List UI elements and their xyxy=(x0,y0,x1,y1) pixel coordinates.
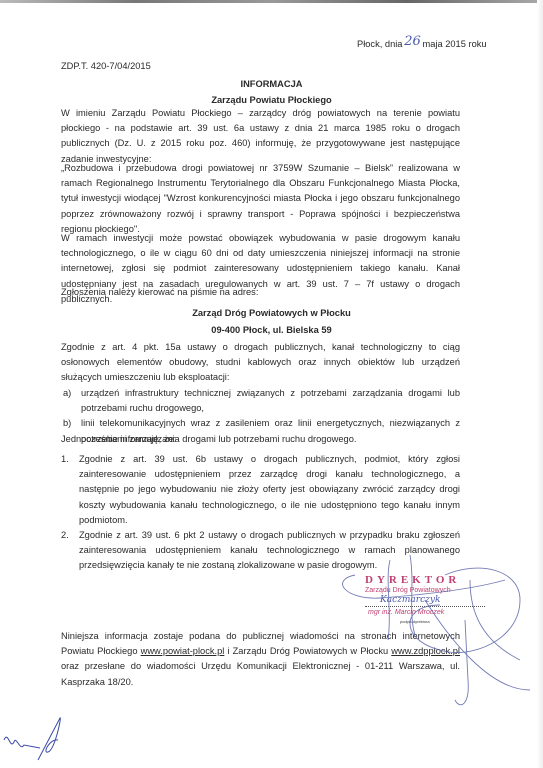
stamp-title: DYREKTOR xyxy=(365,574,460,586)
date-prefix: Płock, dnia xyxy=(357,39,402,49)
stamp-subtitle: Zarządu Dróg Powiatowych xyxy=(365,587,451,594)
document-date: Płock, dnia26maja 2015 roku xyxy=(357,36,487,51)
list-text: Zgodnie z art. 39 ust. 6b ustawy o droga… xyxy=(79,452,460,528)
zdpplock-link[interactable]: www.zdpplock.pl xyxy=(391,646,460,656)
also-inform-paragraph: Jednocześnie informuję, że: xyxy=(61,432,460,447)
address-name: Zarząd Dróg Powiatowych w Płocku xyxy=(0,305,543,322)
investment-paragraph: „Rozbudowa i przebudowa drogi powiatowej… xyxy=(61,161,460,237)
closing-paragraph: Niniejsza informacja zostaje podana do p… xyxy=(61,629,460,690)
address-street: 09-400 Płock, ul. Bielska 59 xyxy=(0,322,543,339)
document-title: INFORMACJA xyxy=(0,79,543,89)
investment-text: „Rozbudowa i przebudowa drogi powiatowej… xyxy=(61,161,460,237)
closing-text-part: i Zarządu Dróg Powiatowych w Płocku xyxy=(224,646,391,656)
reference-number: ZDP.T. 420-7/04/2015 xyxy=(61,61,151,71)
list-marker: a) xyxy=(61,386,81,416)
handwritten-day: 26 xyxy=(402,34,422,49)
scan-right-edge xyxy=(537,0,543,768)
list-marker: 1. xyxy=(61,452,79,528)
list-marker: 2. xyxy=(61,528,79,574)
handwritten-signature: Kaczmarczyk xyxy=(380,595,440,605)
also-inform-text: Jednocześnie informuję, że: xyxy=(61,432,460,447)
powiat-plock-link[interactable]: www.powiat-plock.pl xyxy=(141,646,225,656)
closing-text-part: oraz przesłane do wiadomości Urzędu Komu… xyxy=(61,661,460,686)
signature-line xyxy=(365,606,485,607)
submissions-paragraph: Zgłoszenia należy kierować na piśmie na … xyxy=(61,285,460,300)
director-stamp: DYREKTOR Zarządu Dróg Powiatowych Kaczma… xyxy=(340,562,520,632)
definition-paragraph: Zgodnie z art. 4 pkt. 15a ustawy o droga… xyxy=(61,340,460,386)
list-text: urządzeń infrastruktury technicznej zwią… xyxy=(81,386,460,416)
document-subtitle: Zarządu Powiatu Płockiego xyxy=(0,95,543,105)
scan-top-edge xyxy=(0,0,543,3)
definition-text: Zgodnie z art. 4 pkt. 15a ustawy o droga… xyxy=(61,340,460,386)
stamp-role: podpis dyrektora xyxy=(400,619,430,624)
initials-signature xyxy=(4,718,60,760)
intro-text: W imieniu Zarządu Powiatu Płockiego – za… xyxy=(61,106,460,167)
numbered-item: 1. Zgodnie z art. 39 ust. 6b ustawy o dr… xyxy=(61,452,460,528)
date-suffix: maja 2015 roku xyxy=(422,39,486,49)
numbered-list: 1. Zgodnie z art. 39 ust. 6b ustawy o dr… xyxy=(61,452,460,574)
closing-text: Niniejsza informacja zostaje podana do p… xyxy=(61,629,460,690)
definition-item: a) urządzeń infrastruktury technicznej z… xyxy=(61,386,460,416)
intro-paragraph: W imieniu Zarządu Powiatu Płockiego – za… xyxy=(61,106,460,167)
stamp-name: mgr inż. Marcin Mroczek xyxy=(368,609,444,616)
submissions-text: Zgłoszenia należy kierować na piśmie na … xyxy=(61,285,460,300)
